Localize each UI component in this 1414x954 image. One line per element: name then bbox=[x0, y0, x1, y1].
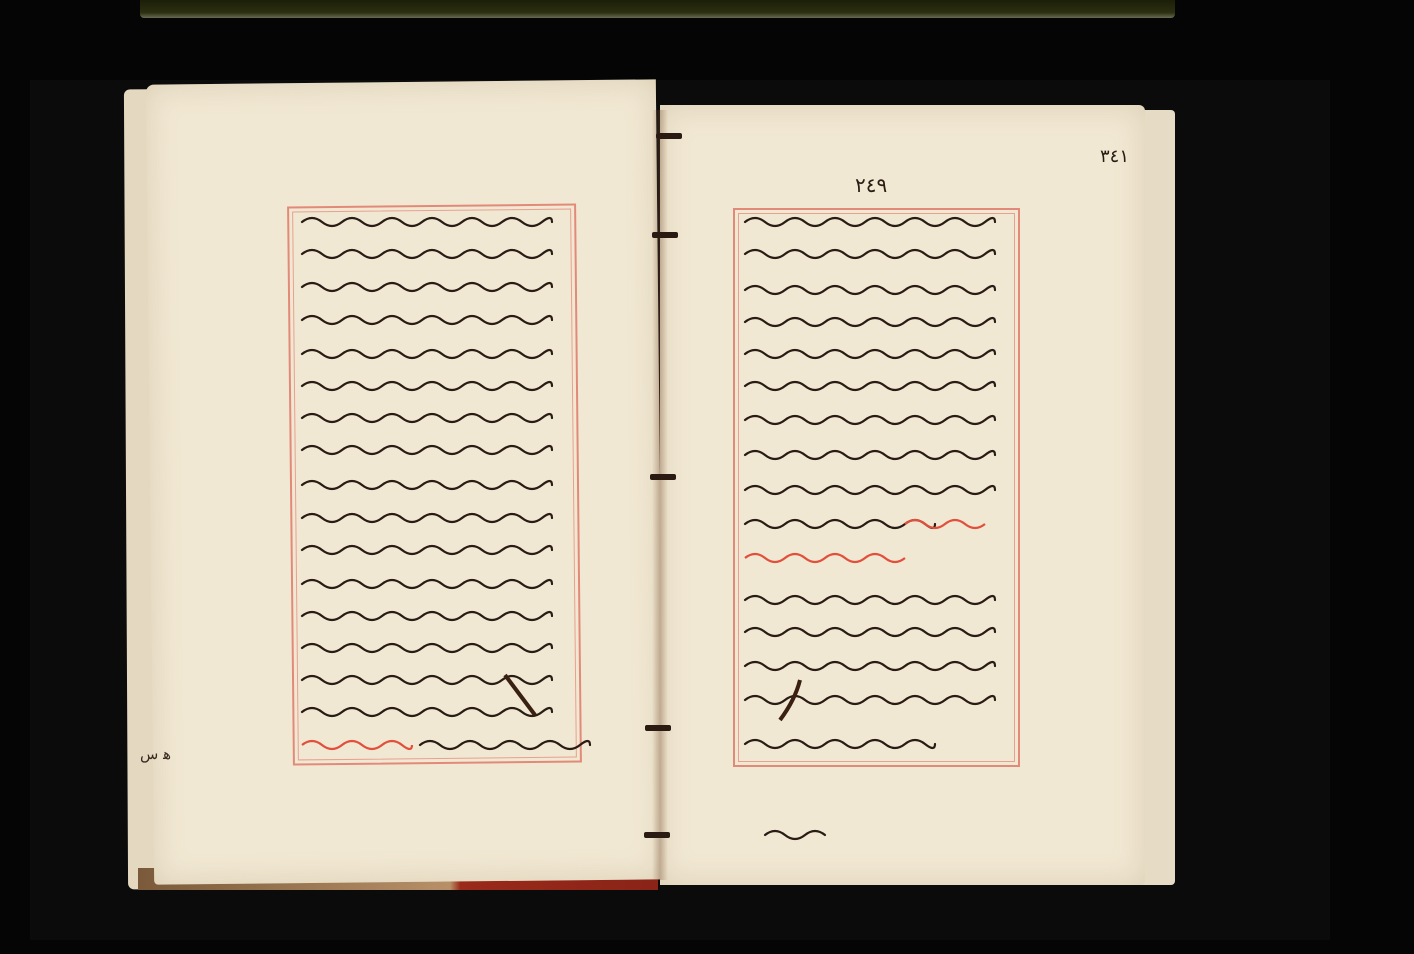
left-rubric-line bbox=[302, 741, 412, 749]
right-ink-stroke bbox=[780, 680, 800, 720]
left-script bbox=[302, 218, 590, 749]
right-script bbox=[745, 218, 995, 839]
folio-number: ۲٤۹ bbox=[855, 173, 887, 197]
script-text-lines bbox=[0, 0, 1414, 954]
left-margin-note: ﻫ ﺱ bbox=[140, 745, 171, 763]
corner-number: ۳٤۱ bbox=[1100, 146, 1129, 167]
